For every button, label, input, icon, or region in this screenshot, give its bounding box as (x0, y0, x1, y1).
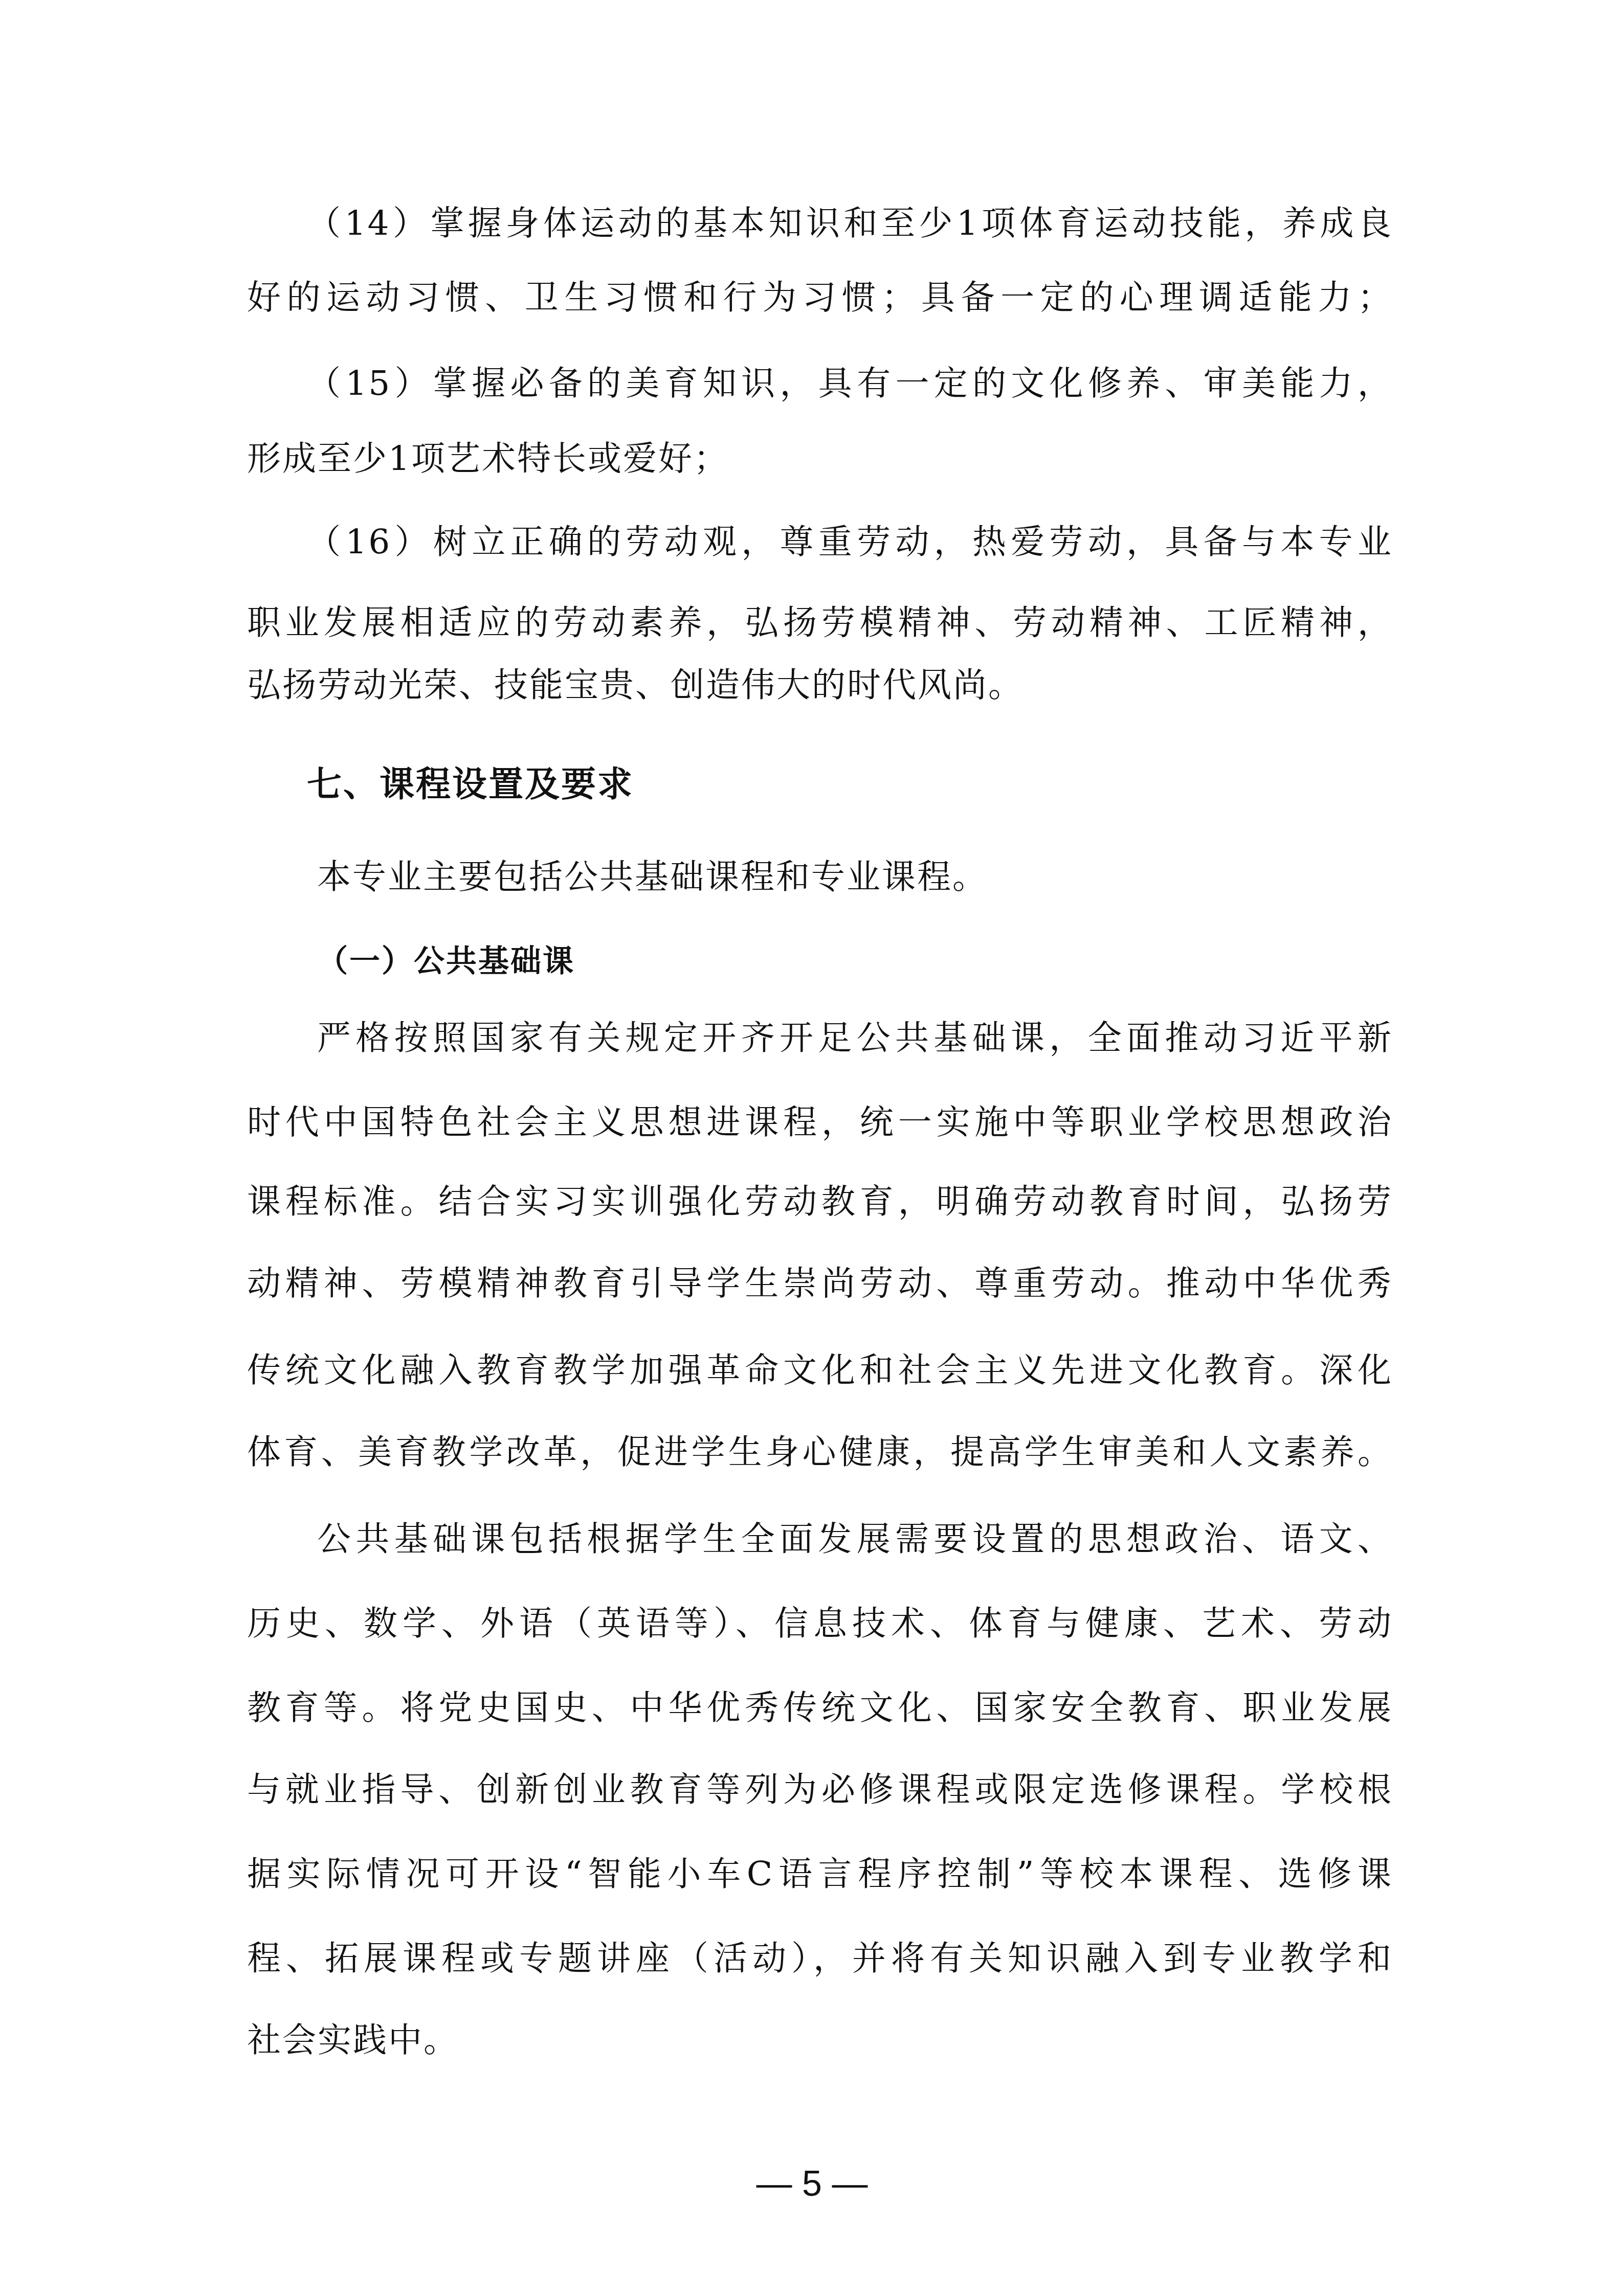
paragraph-1-line-4: 动精神、劳模精神教育引导学生崇尚劳动、尊重劳动。推动中华优秀 (247, 1258, 1393, 1309)
item-16-line-3: 弘扬劳动光荣、技能宝贵、创造伟大的时代风尚。 (247, 660, 1393, 711)
item-15-line-1: （15）掌握必备的美育知识，具有一定的文化修养、审美能力， (307, 358, 1393, 409)
item-15-line-2: 形成至少1项艺术特长或爱好； (247, 433, 1393, 484)
paragraph-1-line-6: 体育、美育教学改革，促进学生身心健康，提高学生审美和人文素养。 (247, 1427, 1393, 1478)
paragraph-1-line-1: 严格按照国家有关规定开齐开足公共基础课，全面推动习近平新 (317, 1012, 1393, 1064)
paragraph-2-line-6: 程、拓展课程或专题讲座（活动），并将有关知识融入到专业教学和 (247, 1933, 1393, 1984)
paragraph-1-line-2: 时代中国特色社会主义思想进课程，统一实施中等职业学校思想政治 (247, 1097, 1393, 1148)
paragraph-2-line-3: 教育等。将党史国史、中华优秀传统文化、国家安全教育、职业发展 (247, 1682, 1393, 1734)
paragraph-2-line-1: 公共基础课包括根据学生全面发展需要设置的思想政治、语文、 (317, 1514, 1393, 1565)
document-page: （14）掌握身体运动的基本知识和至少1项体育运动技能，养成良 好的运动习惯、卫生… (0, 0, 1624, 2296)
subsection-heading: （一）公共基础课 (317, 936, 1463, 987)
item-14-line-2: 好的运动习惯、卫生习惯和行为习惯；具备一定的心理调适能力； (247, 272, 1393, 323)
page-number: — 5 — (0, 2160, 1624, 2207)
paragraph-1-line-3: 课程标准。结合实习实训强化劳动教育，明确劳动教育时间，弘扬劳 (247, 1176, 1393, 1227)
paragraph-2-line-2: 历史、数学、外语（英语等）、信息技术、体育与健康、艺术、劳动 (247, 1598, 1393, 1649)
item-14-line-1: （14）掌握身体运动的基本知识和至少1项体育运动技能，养成良 (307, 198, 1393, 249)
item-16-line-1: （16）树立正确的劳动观，尊重劳动，热爱劳动，具备与本专业 (307, 516, 1393, 568)
paragraph-2-line-4: 与就业指导、创新创业教育等列为必修课程或限定选修课程。学校根 (247, 1764, 1393, 1815)
paragraph-1-line-5: 传统文化融入教育教学加强革命文化和社会主义先进文化教育。深化 (247, 1345, 1393, 1396)
item-16-line-2: 职业发展相适应的劳动素养，弘扬劳模精神、劳动精神、工匠精神， (247, 597, 1393, 648)
paragraph-2-line-7: 社会实践中。 (247, 2015, 1393, 2066)
section-heading: 七、课程设置及要求 (307, 759, 1453, 811)
paragraph-2-line-5: 据实际情况可开设“智能小车C语言程序控制”等校本课程、选修课 (247, 1849, 1393, 1900)
section-intro: 本专业主要包括公共基础课程和专业课程。 (317, 851, 1463, 903)
